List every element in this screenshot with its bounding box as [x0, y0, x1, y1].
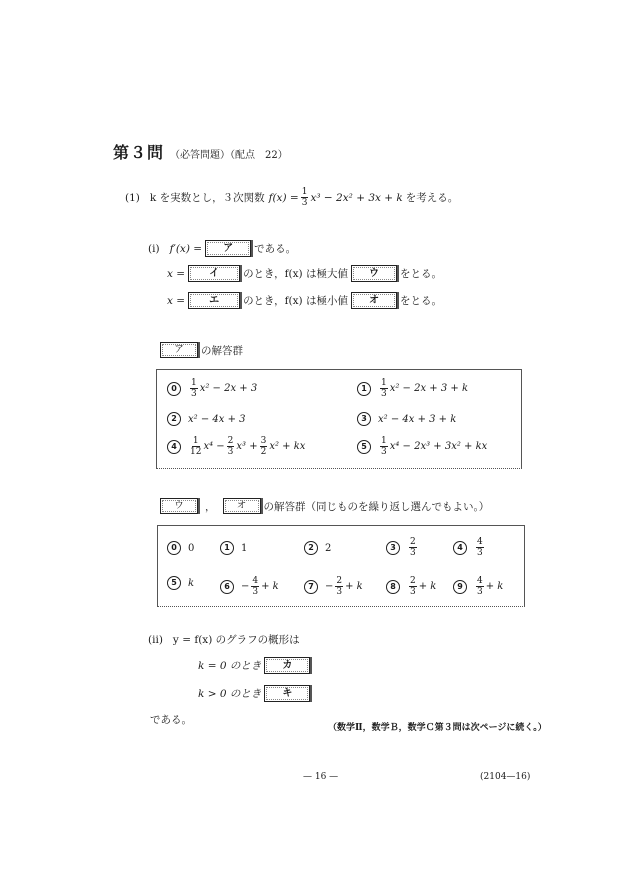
answer-box-ka[interactable]: カ	[264, 657, 310, 674]
sub-i-line2: x = イ のとき，f(x) は極大値 ウ をとる。	[167, 265, 442, 282]
sub-i-line3: x = エ のとき，f(x) は極小値 オ をとる。	[167, 292, 442, 309]
choice-uo-2[interactable]: 2 2	[304, 541, 331, 555]
exam-code: (2104—16)	[480, 772, 530, 782]
fraction: 13	[301, 187, 309, 208]
condition-k-zero: k = 0 のとき	[198, 658, 261, 673]
sub-ii-end: である。	[150, 712, 192, 727]
choice-expression: x² − 2x + 3 + k	[390, 383, 468, 394]
choice-uo-4[interactable]: 4 43	[453, 537, 486, 558]
choice-number-icon: 5	[357, 440, 371, 454]
choice-expression: x² − 2x + 3	[200, 383, 258, 394]
sub-ii-intro-text: y = f(x) のグラフの概形は	[173, 632, 300, 647]
header-box-o: オ	[223, 498, 261, 514]
choice-number-icon: 3	[357, 412, 371, 426]
header-box-u: ウ	[160, 498, 198, 514]
choice-uo-1[interactable]: 1 1	[220, 541, 247, 555]
header-box-a: ア	[160, 342, 198, 358]
choice-uo-7[interactable]: 7 − 23 + k	[304, 576, 363, 597]
choices-a-header-text: の解答群	[201, 343, 243, 358]
choice-number-icon: 3	[386, 541, 400, 555]
local-max-text: のとき，f(x) は極大値	[243, 266, 348, 281]
choice-number-icon: 4	[453, 541, 467, 555]
choice-expression: x² − 4x + 3	[188, 414, 246, 425]
function-expression: x³ − 2x² + 3x + k	[310, 192, 402, 204]
x-equals: x =	[167, 268, 185, 280]
local-min-text: のとき，f(x) は極小値	[243, 293, 348, 308]
line2-suffix: をとる。	[400, 266, 442, 281]
part1-intro-prefix: k を実数とし，３次関数	[150, 190, 265, 205]
separator: ，	[205, 499, 216, 514]
answer-box-o[interactable]: オ	[351, 292, 397, 309]
sub-i-label: (i)	[148, 243, 160, 255]
sub-i-line1: (i) f′(x) = ア である。	[148, 240, 296, 257]
choice-a-1[interactable]: 1 13 x² − 2x + 3 + k	[357, 378, 468, 399]
problem-number: 第３問	[113, 143, 164, 162]
answer-box-e[interactable]: エ	[188, 292, 240, 309]
choice-a-2[interactable]: 2 x² − 4x + 3	[167, 412, 246, 426]
derivative-lhs: f′(x) =	[170, 243, 203, 255]
choice-number-icon: 1	[220, 541, 234, 555]
choice-number-icon: 1	[357, 382, 371, 396]
function-name: f(x) =	[269, 192, 299, 204]
answer-box-i[interactable]: イ	[188, 265, 240, 282]
choice-number-icon: 0	[167, 541, 181, 555]
sub-ii-label: (ii)	[148, 634, 163, 646]
problem-title: 第３問（必答問題）（配点 22）	[113, 140, 288, 163]
choice-number-icon: 2	[304, 541, 318, 555]
choice-number-icon: 7	[304, 580, 318, 594]
x-equals: x =	[167, 295, 185, 307]
choice-number-icon: 6	[220, 580, 234, 594]
choice-uo-0[interactable]: 0 0	[167, 541, 194, 555]
part1-intro: (1) k を実数とし，３次関数 f(x) = 13 x³ − 2x² + 3x…	[125, 187, 458, 208]
choices-uo-header-text: の解答群（同じものを繰り返し選んでもよい。）	[264, 499, 490, 514]
part1-label: (1)	[125, 192, 140, 204]
part1-intro-suffix: を考える。	[406, 190, 459, 205]
choice-a-3[interactable]: 3 x² − 4x + 3 + k	[357, 412, 456, 426]
choice-a-0[interactable]: 0 13 x² − 2x + 3	[167, 378, 257, 399]
choices-uo-header: ウ ， オ の解答群（同じものを繰り返し選んでもよい。）	[157, 498, 489, 514]
choice-uo-9[interactable]: 9 43 + k	[453, 576, 503, 597]
choices-a-header: ア の解答群	[157, 342, 243, 358]
continue-note: （数学Ⅱ，数学Ｂ，数学Ｃ第３問は次ページに続く。）	[328, 720, 547, 733]
choice-uo-5[interactable]: 5 k	[167, 576, 194, 590]
choice-uo-8[interactable]: 8 23 + k	[386, 576, 436, 597]
choice-number-icon: 9	[453, 580, 467, 594]
answer-box-ki[interactable]: キ	[264, 685, 310, 702]
choice-a-4[interactable]: 4 112 x⁴ − 23 x³ + 32 x² + kx	[167, 436, 305, 457]
sub-ii-intro: (ii) y = f(x) のグラフの概形は	[148, 632, 300, 647]
condition-k-positive: k > 0 のとき	[198, 686, 261, 701]
answer-box-u[interactable]: ウ	[351, 265, 397, 282]
sub-ii-line1: k = 0 のとき カ	[198, 657, 313, 674]
choice-expression: x⁴ − 2x³ + 3x² + kx	[390, 441, 488, 452]
problem-subtitle: （必答問題）（配点 22）	[170, 150, 288, 161]
choice-expression: x² − 4x + 3 + k	[378, 414, 456, 425]
choice-number-icon: 0	[167, 382, 181, 396]
line3-suffix: をとる。	[400, 293, 442, 308]
line1-suffix: である。	[254, 241, 296, 256]
choice-number-icon: 8	[386, 580, 400, 594]
choice-uo-6[interactable]: 6 − 43 + k	[220, 576, 279, 597]
choice-number-icon: 5	[167, 576, 181, 590]
choice-a-5[interactable]: 5 13 x⁴ − 2x³ + 3x² + kx	[357, 436, 487, 457]
choice-number-icon: 4	[167, 440, 181, 454]
answer-box-a[interactable]: ア	[205, 240, 251, 257]
sub-ii-line2: k > 0 のとき キ	[198, 685, 313, 702]
page-number: — 16 —	[303, 772, 338, 782]
choice-number-icon: 2	[167, 412, 181, 426]
choice-uo-3[interactable]: 3 23	[386, 537, 419, 558]
